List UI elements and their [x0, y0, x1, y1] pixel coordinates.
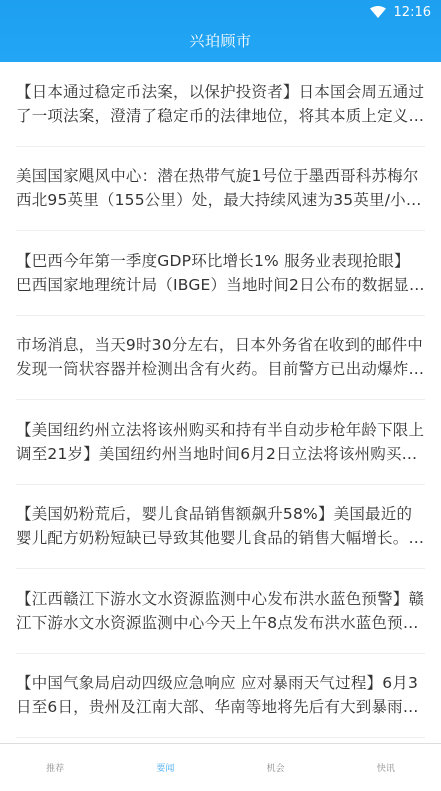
tab-headlines[interactable]: 要闻	[110, 744, 220, 791]
tab-recommend[interactable]: 推荐	[0, 744, 110, 791]
news-text: 【江西赣江下游水文水资源监测中心发布洪水蓝色预警】赣江下游水文水资源监测中心今天…	[16, 587, 425, 635]
status-time: 12:16	[394, 5, 431, 20]
tab-opportunities[interactable]: 机会	[221, 744, 331, 791]
news-text: 【中国气象局启动四级应急响应 应对暴雨天气过程】6月3日至6日，贵州及江南大部、…	[16, 671, 425, 719]
news-list[interactable]: 【日本通过稳定币法案，以保护投资者】日本国会周五通过了一项法案，澄清了稳定币的法…	[0, 62, 441, 742]
news-text: 【巴西今年第一季度GDP环比增长1% 服务业表现抢眼】巴西国家地理统计局（IBG…	[16, 249, 425, 297]
news-item[interactable]: 【中国气象局启动四级应急响应 应对暴雨天气过程】6月3日至6日，贵州及江南大部、…	[16, 654, 425, 739]
page-title: 兴珀顾市	[0, 30, 441, 51]
tab-flash-news[interactable]: 快讯	[331, 744, 441, 791]
app-bar: 12:16 兴珀顾市	[0, 0, 441, 62]
wifi-icon	[370, 6, 386, 18]
news-item[interactable]: 美国国家飓风中心：潜在热带气旋1号位于墨西哥科苏梅尔西北95英里（155公里）处…	[16, 147, 425, 232]
news-text: 【美国奶粉荒后，婴儿食品销售额飙升58%】美国最近的婴儿配方奶粉短缺已导致其他婴…	[16, 502, 425, 550]
news-text: 【美国纽约州立法将该州购买和持有半自动步枪年龄下限上调至21岁】美国纽约州当地时…	[16, 418, 425, 466]
bottom-tab-bar: 推荐 要闻 机会 快讯	[0, 743, 441, 791]
news-item[interactable]: 【巴西今年第一季度GDP环比增长1% 服务业表现抢眼】巴西国家地理统计局（IBG…	[16, 231, 425, 316]
status-bar: 12:16	[0, 0, 441, 24]
news-item[interactable]: 市场消息，当天9时30分左右，日本外务省在收到的邮件中发现一筒状容器并检测出含有…	[16, 316, 425, 401]
news-item[interactable]: 【美国纽约州立法将该州购买和持有半自动步枪年龄下限上调至21岁】美国纽约州当地时…	[16, 400, 425, 485]
news-item[interactable]: 【日本通过稳定币法案，以保护投资者】日本国会周五通过了一项法案，澄清了稳定币的法…	[16, 62, 425, 147]
news-text: 市场消息，当天9时30分左右，日本外务省在收到的邮件中发现一筒状容器并检测出含有…	[16, 333, 425, 381]
news-item[interactable]: 【江西赣江下游水文水资源监测中心发布洪水蓝色预警】赣江下游水文水资源监测中心今天…	[16, 569, 425, 654]
news-text: 【日本通过稳定币法案，以保护投资者】日本国会周五通过了一项法案，澄清了稳定币的法…	[16, 80, 425, 128]
news-text: 美国国家飓风中心：潜在热带气旋1号位于墨西哥科苏梅尔西北95英里（155公里）处…	[16, 164, 425, 212]
news-item[interactable]: 【美国奶粉荒后，婴儿食品销售额飙升58%】美国最近的婴儿配方奶粉短缺已导致其他婴…	[16, 485, 425, 570]
